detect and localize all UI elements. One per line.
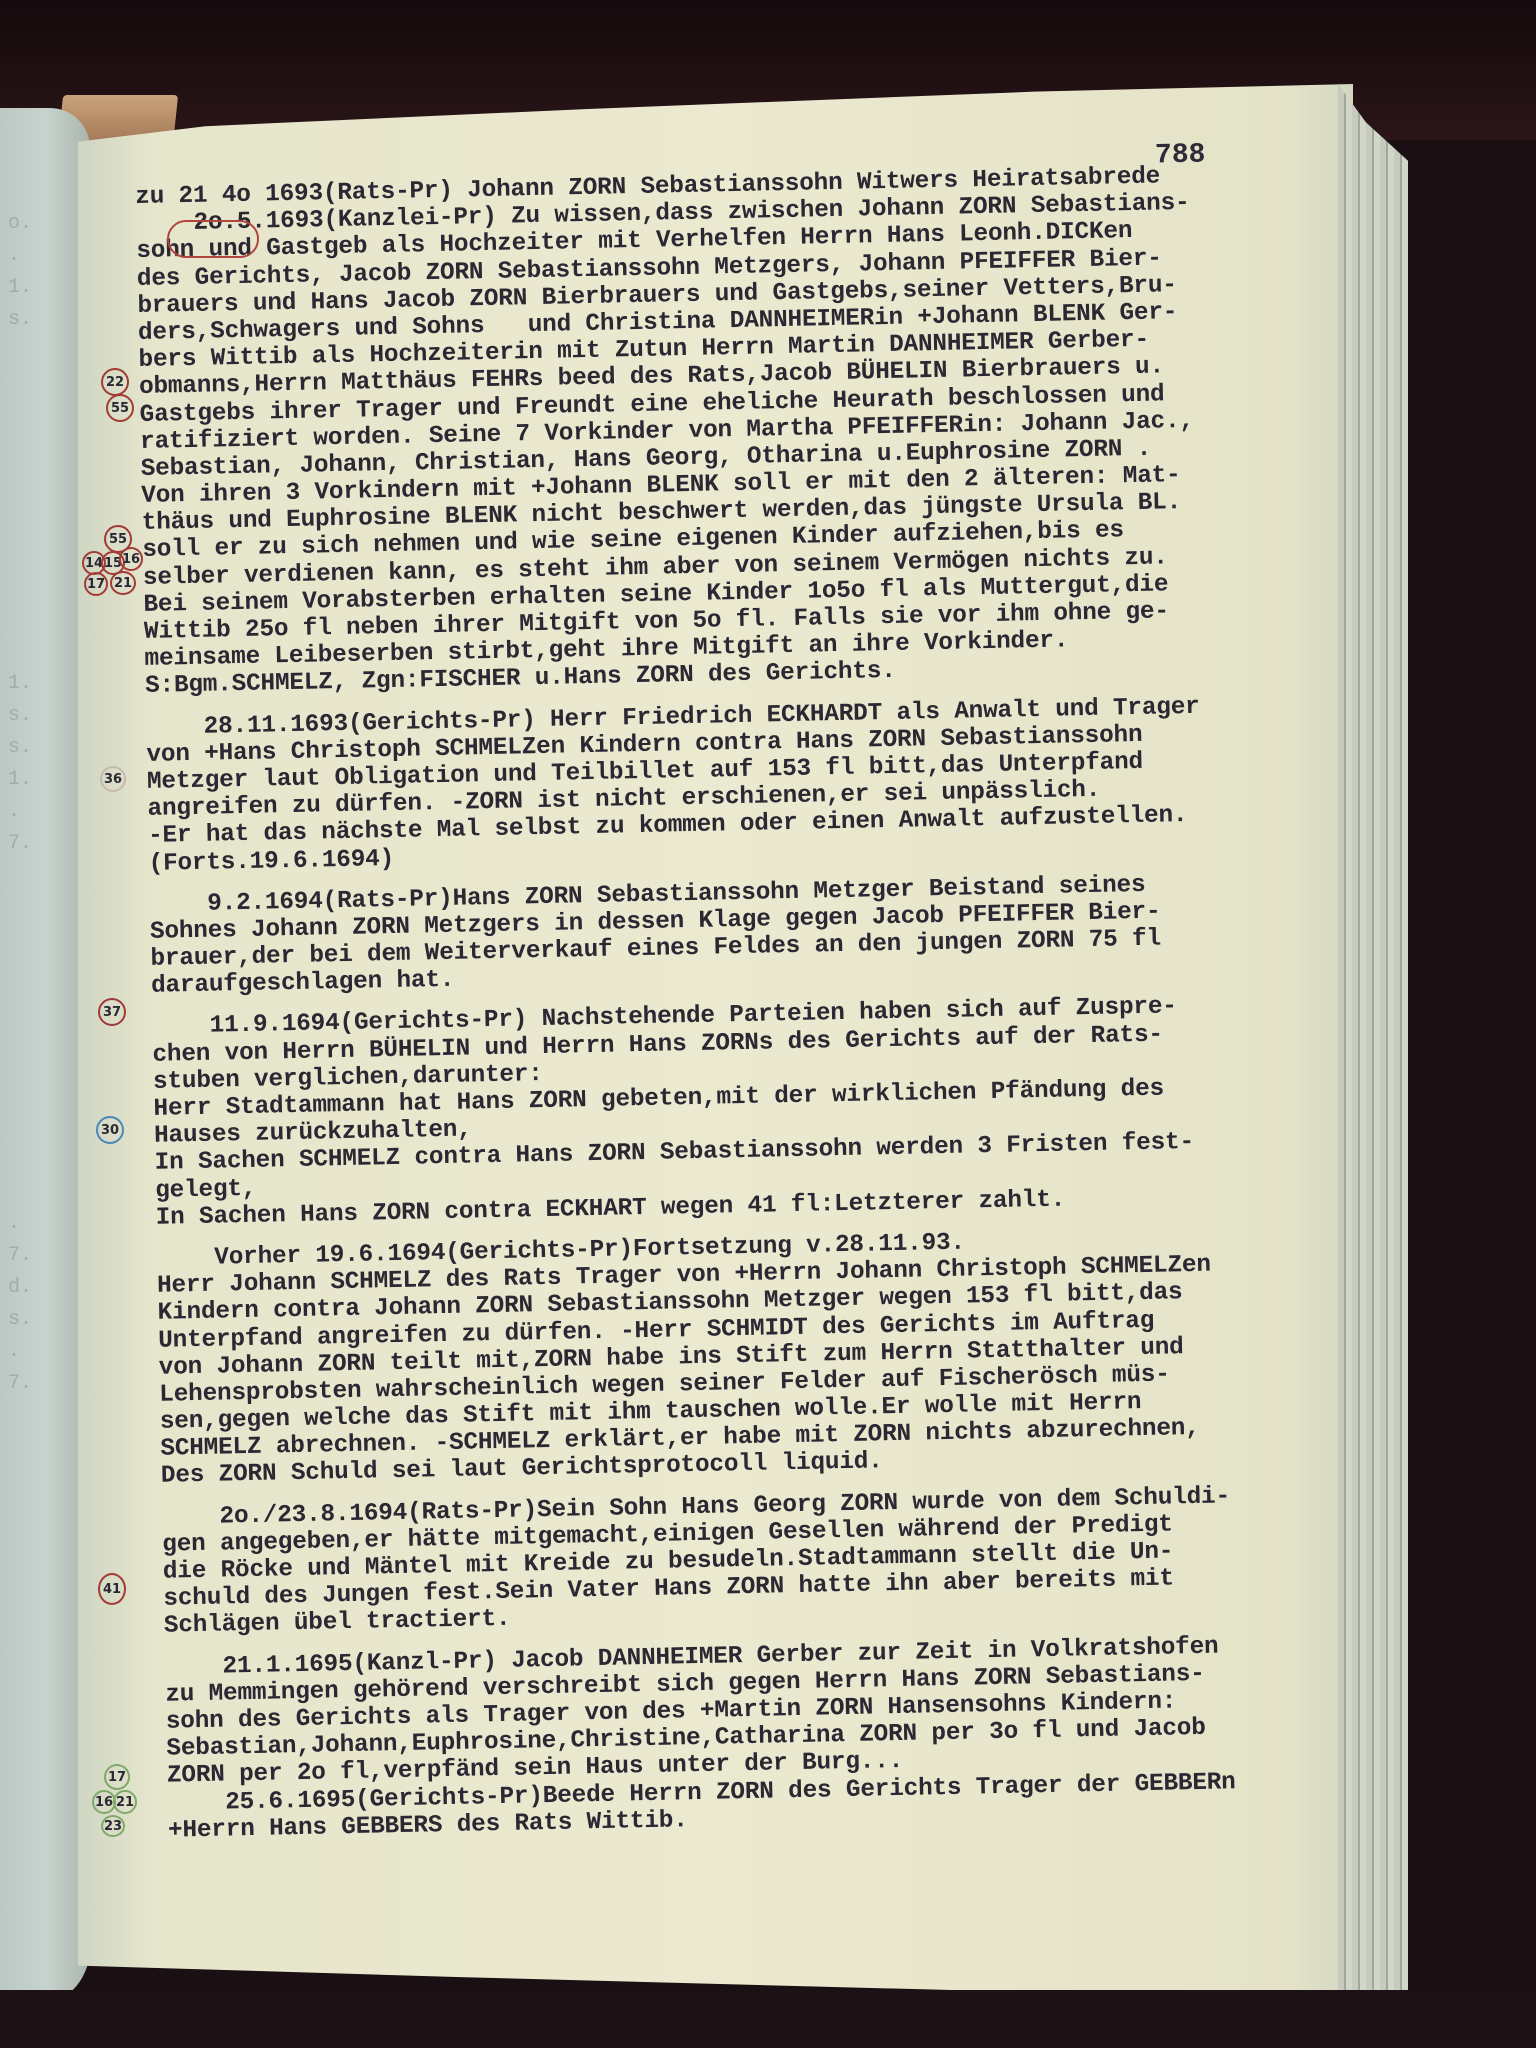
margin-ring: 41	[98, 1573, 126, 1605]
margin-ring: 21	[113, 1790, 137, 1814]
margin-ring: 55	[106, 394, 134, 422]
background-dark-bottom	[0, 1990, 1536, 2048]
margin-ring: 30	[96, 1116, 124, 1144]
margin-ring: 17	[84, 572, 108, 596]
margin-ring: 16	[119, 547, 143, 571]
margin-ring: 23	[101, 1815, 125, 1837]
typed-text: zu 21 4o 1693(Rats-Pr) Johann ZORN Sebas…	[135, 160, 1378, 1845]
margin-ring: 17	[104, 1764, 130, 1790]
margin-ring: 37	[98, 998, 126, 1026]
left-page-edge: o. . 1. s. 1. s. s. 1. . 7. . 7. d. s. .…	[0, 108, 90, 2008]
reference-circle	[167, 220, 259, 258]
margin-ring: 22	[101, 368, 129, 396]
margin-ring: 21	[110, 571, 136, 595]
margin-ring: 36	[100, 766, 126, 792]
